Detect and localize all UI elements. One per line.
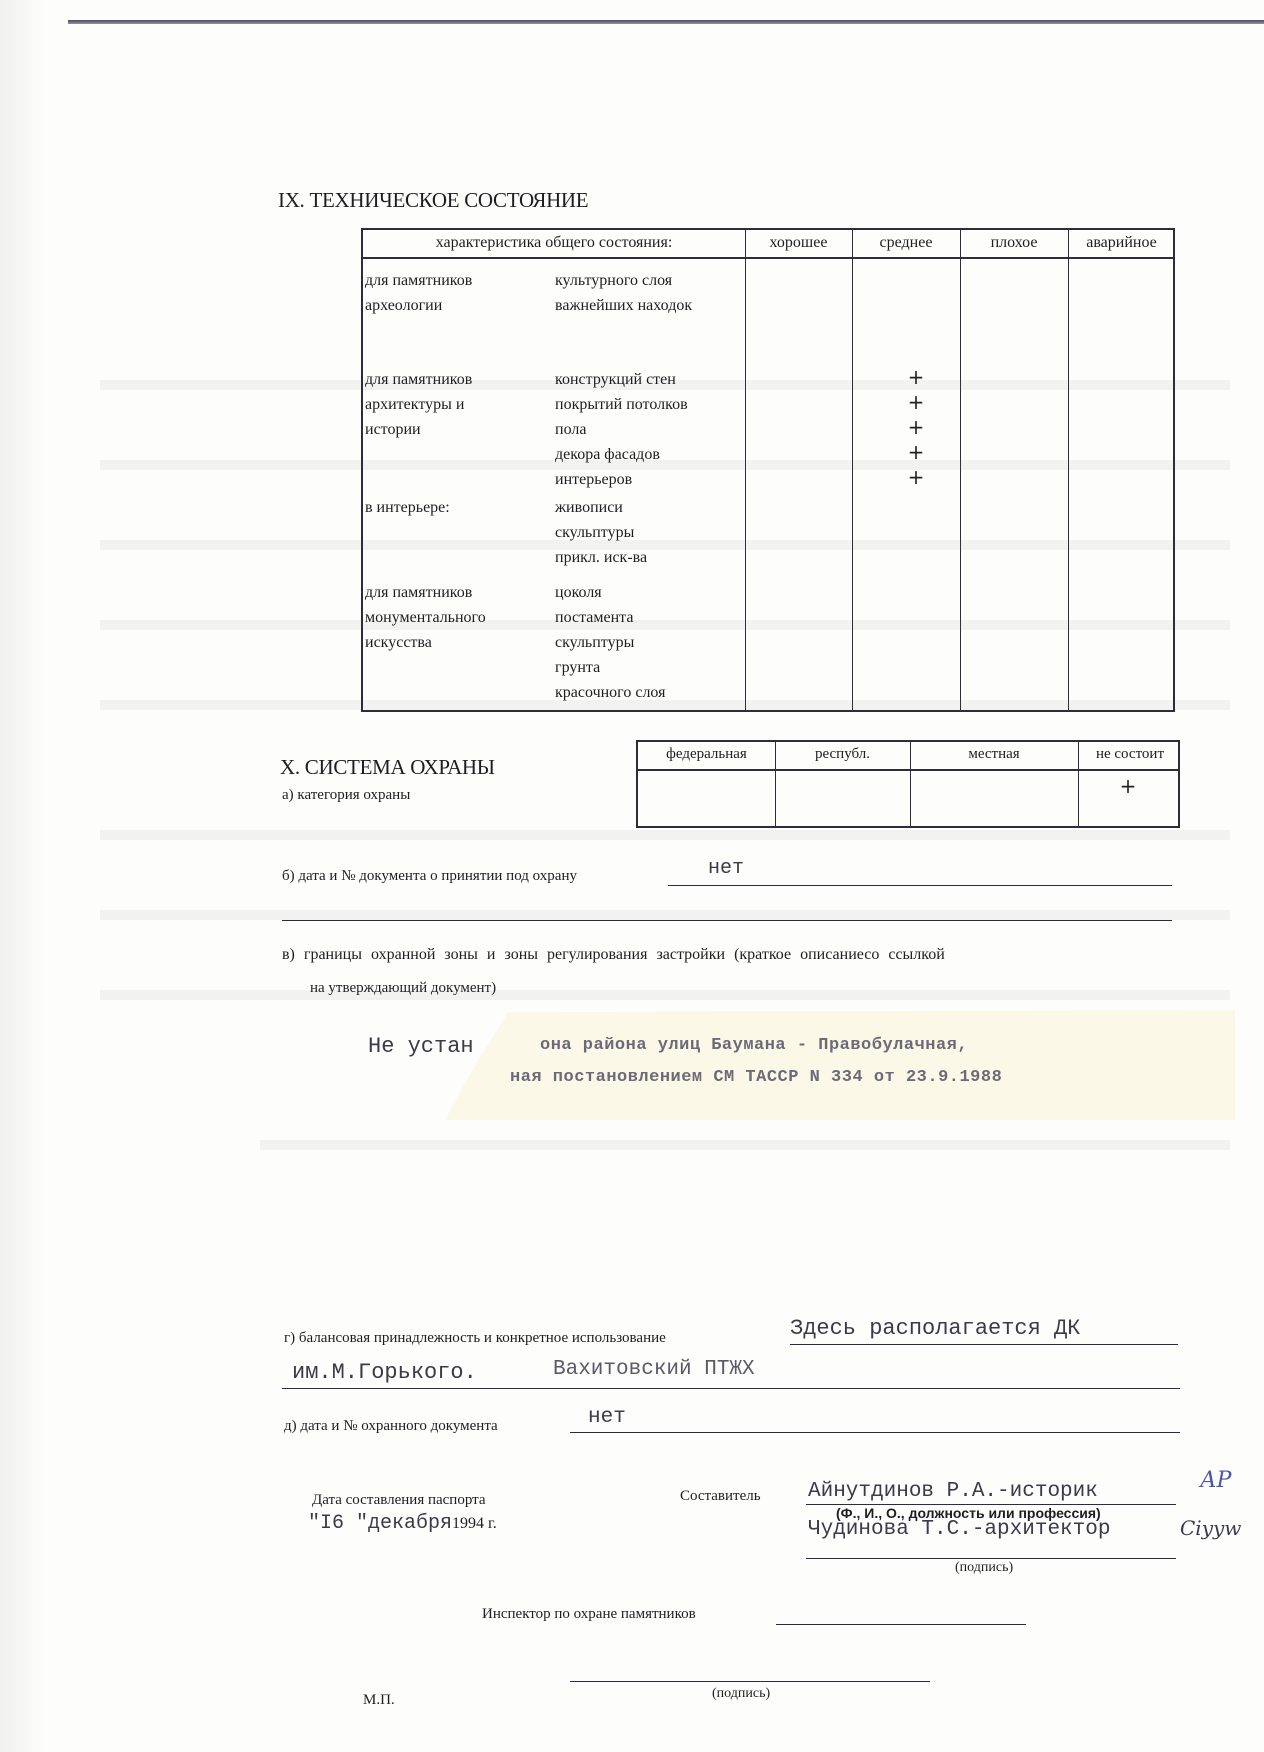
category-label: для памятников: [365, 268, 472, 293]
item-label: декора фасадов: [555, 442, 660, 467]
underline: [282, 920, 1172, 921]
bleed-through: [100, 830, 1230, 840]
item-label: постамента: [555, 605, 633, 630]
header-republic: республ.: [775, 746, 910, 763]
item-label: пола: [555, 417, 586, 442]
compiler-label: Составитель: [680, 1488, 761, 1505]
item-label: красочного слоя: [555, 680, 665, 705]
section-9-title: IX. ТЕХНИЧЕСКОЕ СОСТОЯНИЕ: [278, 188, 588, 213]
protection-doc-label: д) дата и № охранного документа: [284, 1418, 498, 1435]
page-top-edge: [68, 20, 1264, 24]
acceptance-doc-label: б) дата и № документа о принятии под охр…: [282, 868, 577, 885]
header-average: среднее: [852, 234, 960, 252]
protection-zone-label: в) границы охранной зоны и зоны регулиро…: [282, 946, 945, 964]
category-label: истории: [365, 417, 421, 442]
item-label: скульптуры: [555, 520, 634, 545]
mark-average: +: [906, 365, 926, 389]
protection-zone-pasted-line-1: она района улиц Баумана - Правобулачная,: [540, 1036, 968, 1055]
bleed-through: [100, 990, 1230, 1000]
protection-zone-pasted-line-2: ная постановлением СМ ТАССР N 334 от 23.…: [510, 1068, 1002, 1087]
item-label: покрытий потолков: [555, 392, 688, 417]
header-bad: плохое: [960, 234, 1068, 252]
mark-average: +: [906, 465, 926, 489]
category-label: археологии: [365, 293, 442, 318]
inspector-signature-line: [570, 1681, 930, 1682]
date-day: "I6 ": [308, 1512, 368, 1535]
mark-average: +: [906, 390, 926, 414]
header-local: местная: [910, 746, 1078, 763]
date-month: декабря: [368, 1512, 452, 1535]
category-label: монументального: [365, 605, 486, 630]
item-label: прикл. иск-ва: [555, 545, 647, 570]
underline: [668, 885, 1172, 886]
col-divider: [745, 230, 746, 710]
ownership-usage-value-2b: Вахитовский ПТЖХ: [553, 1358, 755, 1381]
stamp-placeholder: М.П.: [363, 1692, 395, 1709]
section-10-title: X. СИСТЕМА ОХРАНЫ: [280, 755, 495, 780]
compiler-1-signature: АР: [1200, 1468, 1231, 1493]
mark-not-listed: +: [1118, 774, 1138, 798]
protection-doc-value: нет: [588, 1406, 626, 1429]
category-label: искусства: [365, 630, 432, 655]
passport-date-value: "I6 "декабря1994 г.: [308, 1512, 497, 1535]
protection-zone-original-value: Не устан: [368, 1034, 474, 1059]
ownership-usage-label: г) балансовая принадлежность и конкретно…: [284, 1330, 666, 1347]
compiler-2: Чудинова Т.С.-архитектор: [808, 1518, 1110, 1541]
col-divider: [1068, 230, 1069, 710]
compiler-1: Айнутдинов Р.А.-историк: [808, 1480, 1098, 1503]
acceptance-doc-value: нет: [708, 857, 744, 880]
bleed-through: [260, 1140, 1230, 1150]
ownership-usage-value-1: Здесь располагается ДК: [790, 1316, 1080, 1341]
mark-average: +: [906, 415, 926, 439]
mark-average: +: [906, 440, 926, 464]
category-label: в интерьере:: [365, 495, 450, 520]
underline: [570, 1432, 1180, 1433]
inspector-line: [776, 1624, 1026, 1625]
category-label: архитектуры и: [365, 392, 464, 417]
compiler-2-signature: Ciyyw: [1180, 1516, 1241, 1540]
item-label: грунта: [555, 655, 600, 680]
header-characteristic: характеристика общего состояния:: [363, 234, 745, 252]
header-good: хорошее: [745, 234, 852, 252]
header-not-listed: не состоит: [1078, 746, 1182, 763]
signature-caption: (подпись): [955, 1560, 1013, 1576]
underline: [790, 1344, 1178, 1345]
item-label: конструкций стен: [555, 367, 676, 392]
item-label: скульптуры: [555, 630, 634, 655]
signature-line: [806, 1558, 1176, 1559]
scan-left-shadow: [0, 0, 46, 1752]
item-label: интерьеров: [555, 467, 632, 492]
passport-date-label: Дата составления паспорта: [312, 1492, 486, 1509]
col-divider: [852, 230, 853, 710]
ownership-usage-value-2a: им.М.Горького.: [292, 1360, 477, 1385]
protection-category-label: а) категория охраны: [282, 787, 410, 804]
header-federal: федеральная: [638, 746, 775, 763]
date-year: 1994 г.: [452, 1515, 497, 1532]
header-emergency: аварийное: [1068, 234, 1175, 252]
underline: [282, 1388, 1180, 1389]
col-divider: [960, 230, 961, 710]
inspector-label: Инспектор по охране памятников: [482, 1606, 696, 1623]
category-label: для памятников: [365, 367, 472, 392]
inspector-signature-caption: (подпись): [712, 1686, 770, 1702]
protection-zone-label-2: на утверждающий документ): [310, 980, 496, 997]
item-label: живописи: [555, 495, 623, 520]
item-label: культурного слоя: [555, 268, 672, 293]
pasted-correction-slip: [445, 1010, 1235, 1120]
bleed-through: [100, 910, 1230, 920]
protection-category-table: федеральная республ. местная не состоит …: [636, 740, 1180, 828]
category-label: для памятников: [365, 580, 472, 605]
item-label: цоколя: [555, 580, 602, 605]
item-label: важнейших находок: [555, 293, 692, 318]
technical-condition-table: характеристика общего состояния: хорошее…: [361, 228, 1175, 712]
